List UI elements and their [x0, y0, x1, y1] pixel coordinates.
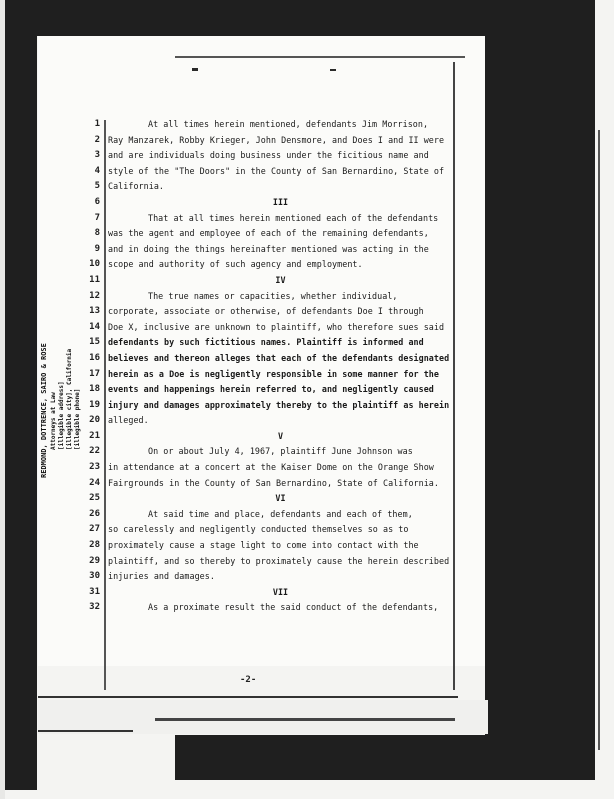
section-heading: III [108, 195, 453, 211]
line-number: 27 [78, 522, 100, 538]
text-line: scope and authority of such agency and e… [108, 257, 453, 273]
line-number: 25 [78, 491, 100, 507]
line-number: 16 [78, 351, 100, 367]
line-number: 10 [78, 257, 100, 273]
line-number: 23 [78, 460, 100, 476]
firm-line-4: [illegible city], California [66, 349, 73, 450]
scan-line-right [598, 130, 600, 750]
line-number: 14 [78, 320, 100, 336]
line-number: 21 [78, 429, 100, 445]
line-number: 24 [78, 476, 100, 492]
line-number: 20 [78, 413, 100, 429]
scan-border-left [5, 0, 37, 790]
section-heading: V [108, 429, 453, 445]
text-line: corporate, associate or otherwise, of de… [108, 304, 453, 320]
text-line: believes and thereon alleges that each o… [108, 351, 453, 367]
text-line: was the agent and employee of each of th… [108, 226, 453, 242]
text-line: Doe X, inclusive are unknown to plaintif… [108, 320, 453, 336]
fold-line-3 [38, 730, 133, 732]
text-line: The true names or capacities, whether in… [108, 289, 453, 305]
right-margin-rule [453, 62, 455, 690]
line-number: 29 [78, 554, 100, 570]
line-number: 9 [78, 242, 100, 258]
scan-edge-left [0, 0, 5, 799]
text-line: That at all times herein mentioned each … [108, 211, 453, 227]
law-firm-sidebar: REDMOND, DOTTRENCE, SAIRO & ROSE Attorne… [38, 300, 78, 480]
text-line: herein as a Doe is negligently responsib… [108, 367, 453, 383]
firm-line-3: [illegible address] [58, 381, 65, 450]
text-line: plaintiff, and so thereby to proximately… [108, 554, 453, 570]
text-line: injuries and damages. [108, 569, 453, 585]
scan-artifact [330, 69, 336, 71]
line-number: 8 [78, 226, 100, 242]
text-line: California. [108, 179, 453, 195]
text-line: defendants by such fictitious names. Pla… [108, 335, 453, 351]
page-bottom-fold [38, 700, 488, 734]
page-number: -2- [240, 675, 256, 685]
line-number: 17 [78, 367, 100, 383]
line-number: 19 [78, 398, 100, 414]
text-line: so carelessly and negligently conducted … [108, 522, 453, 538]
line-number: 30 [78, 569, 100, 585]
text-line: in attendance at a concert at the Kaiser… [108, 460, 453, 476]
text-line: At said time and place, defendants and e… [108, 507, 453, 523]
text-line: At all times herein mentioned, defendant… [108, 117, 453, 133]
line-number: 15 [78, 335, 100, 351]
scan-border-bottom [175, 735, 595, 780]
line-number: 13 [78, 304, 100, 320]
line-number: 12 [78, 289, 100, 305]
text-line: Fairgrounds in the County of San Bernard… [108, 476, 453, 492]
line-number: 11 [78, 273, 100, 289]
firm-line-2: Attorneys at Law [50, 392, 57, 450]
line-number: 22 [78, 444, 100, 460]
top-rule [175, 56, 465, 58]
line-number: 26 [78, 507, 100, 523]
left-margin-rule [104, 120, 106, 690]
line-number: 4 [78, 164, 100, 180]
section-heading: IV [108, 273, 453, 289]
fold-line-1 [38, 696, 458, 698]
section-heading: VI [108, 491, 453, 507]
scan-border-right [485, 0, 595, 775]
line-number: 5 [78, 179, 100, 195]
line-number: 28 [78, 538, 100, 554]
line-number: 7 [78, 211, 100, 227]
line-number: 3 [78, 148, 100, 164]
scan-artifact [192, 68, 198, 71]
fold-line-2 [155, 718, 455, 721]
line-number: 31 [78, 585, 100, 601]
pleading-body: At all times herein mentioned, defendant… [108, 117, 453, 616]
text-line: events and happenings herein referred to… [108, 382, 453, 398]
line-number: 2 [78, 133, 100, 149]
text-line: style of the "The Doors" in the County o… [108, 164, 453, 180]
text-line: Ray Manzarek, Robby Krieger, John Densmo… [108, 133, 453, 149]
line-numbers: 1234567891011121314151617181920212223242… [78, 117, 100, 616]
text-line: injury and damages approximately thereby… [108, 398, 453, 414]
section-heading: VII [108, 585, 453, 601]
text-line: On or about July 4, 1967, plaintiff June… [108, 444, 453, 460]
firm-line-5: [illegible phone] [74, 389, 81, 450]
line-number: 32 [78, 600, 100, 616]
line-number: 18 [78, 382, 100, 398]
line-number: 6 [78, 195, 100, 211]
line-number: 1 [78, 117, 100, 133]
firm-name: REDMOND, DOTTRENCE, SAIRO & ROSE [40, 343, 48, 478]
text-line: and in doing the things hereinafter ment… [108, 242, 453, 258]
text-line: As a proximate result the said conduct o… [108, 600, 453, 616]
text-line: alleged. [108, 413, 453, 429]
text-line: and are individuals doing business under… [108, 148, 453, 164]
text-line: proximately cause a stage light to come … [108, 538, 453, 554]
